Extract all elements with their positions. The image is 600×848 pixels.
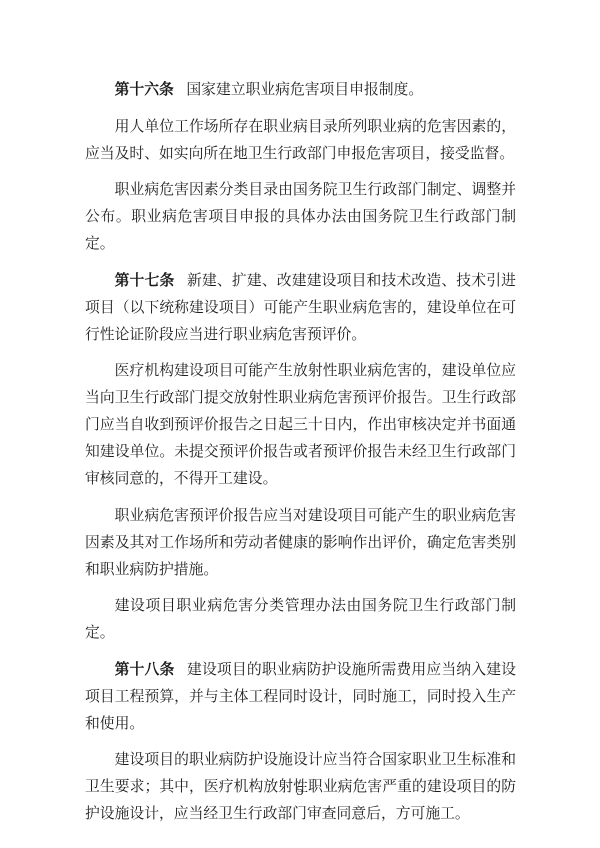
paragraph-article-17: 第十七条新建、扩建、改建建设项目和技术改造、技术引进项目（以下统称建设项目）可能… bbox=[85, 267, 516, 348]
paragraph-article-16: 第十六条国家建立职业病危害项目申报制度。 bbox=[85, 76, 516, 103]
paragraph: 职业病危害预评价报告应当对建设项目可能产生的职业病危害因素及其对工作场所和劳动者… bbox=[85, 502, 516, 583]
paragraph: 职业病危害因素分类目录由国务院卫生行政部门制定、调整并公布。职业病危害项目申报的… bbox=[85, 176, 516, 257]
page-number: 5 bbox=[0, 783, 600, 799]
paragraph-text: 建设项目职业病危害分类管理办法由国务院卫生行政部门制定。 bbox=[85, 597, 516, 641]
paragraph: 建设项目职业病危害分类管理办法由国务院卫生行政部门制定。 bbox=[85, 592, 516, 646]
article-18-number: 第十八条 bbox=[115, 661, 175, 678]
paragraph-text: 国家建立职业病危害项目申报制度。 bbox=[186, 81, 423, 98]
paragraph-text: 医疗机构建设项目可能产生放射性职业病危害的，建设单位应当向卫生行政部门提交放射性… bbox=[85, 362, 516, 487]
document-body: 第十六条国家建立职业病危害项目申报制度。 用人单位工作场所存在职业病目录所列职业… bbox=[85, 76, 516, 837]
paragraph-text: 职业病危害预评价报告应当对建设项目可能产生的职业病危害因素及其对工作场所和劳动者… bbox=[85, 507, 516, 578]
paragraph-text: 职业病危害因素分类目录由国务院卫生行政部门制定、调整并公布。职业病危害项目申报的… bbox=[85, 181, 516, 252]
document-page: 第十六条国家建立职业病危害项目申报制度。 用人单位工作场所存在职业病目录所列职业… bbox=[0, 0, 600, 848]
paragraph: 用人单位工作场所存在职业病目录所列职业病的危害因素的，应当及时、如实向所在地卫生… bbox=[85, 113, 516, 167]
paragraph: 医疗机构建设项目可能产生放射性职业病危害的，建设单位应当向卫生行政部门提交放射性… bbox=[85, 357, 516, 492]
paragraph-article-18: 第十八条建设项目的职业病防护设施所需费用应当纳入建设项目工程预算，并与主体工程同… bbox=[85, 656, 516, 737]
article-17-number: 第十七条 bbox=[115, 272, 175, 289]
paragraph-text: 用人单位工作场所存在职业病目录所列职业病的危害因素的，应当及时、如实向所在地卫生… bbox=[85, 118, 516, 162]
article-16-number: 第十六条 bbox=[115, 81, 174, 98]
